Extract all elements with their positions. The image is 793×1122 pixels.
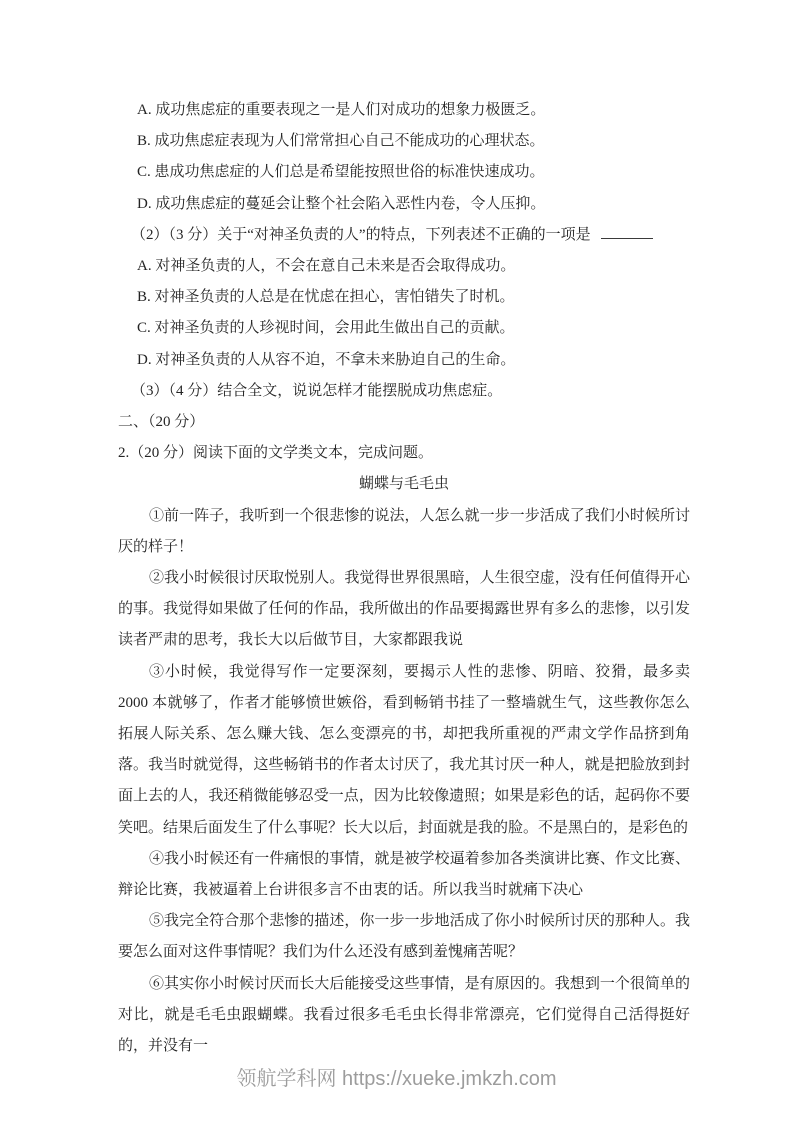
watermark-footer: 领航学科网 https://xueke.jmkzh.com xyxy=(0,1062,793,1091)
passage-paragraph-6: ⑥其实你小时候讨厌而长大后能接受这些事情，是有原因的。我想到一个很简单的对比，就… xyxy=(118,969,690,1063)
passage-paragraph-3: ③小时候，我觉得写作一定要深刻，要揭示人性的悲惨、阴暗、狡猾，最多卖 2000 … xyxy=(118,657,690,844)
q1-sub2-option-d: D. 对神圣负责的人从容不迫，不拿未来胁迫自己的生命。 xyxy=(118,345,690,376)
exam-page-content: A. 成功焦虑症的重要表现之一是人们对成功的想象力极匮乏。 B. 成功焦虑症表现… xyxy=(118,95,690,1062)
passage-paragraph-2: ②我小时候很讨厌取悦别人。我觉得世界很黑暗，人生很空虚，没有任何值得开心的事。我… xyxy=(118,563,690,657)
passage-paragraph-5: ⑤我完全符合那个悲惨的描述，你一步一步地活成了你小时候所讨厌的那种人。我要怎么面… xyxy=(118,906,690,968)
answer-blank-underline xyxy=(601,234,653,239)
q1-sub1-option-d: D. 成功焦虑症的蔓延会让整个社会陷入恶性内卷，令人压抑。 xyxy=(118,189,690,220)
q1-sub1-option-c: C. 患成功焦虑症的人们总是希望能按照世俗的标准快速成功。 xyxy=(118,157,690,188)
q1-sub3-prompt: （3）（4 分）结合全文，说说怎样才能摆脱成功焦虑症。 xyxy=(118,376,690,407)
section2-heading: 二、（20 分） xyxy=(118,407,690,438)
q1-sub2-option-b: B. 对神圣负责的人总是在忧虑在担心，害怕错失了时机。 xyxy=(118,282,690,313)
passage-paragraph-4: ④我小时候还有一件痛恨的事情，就是被学校逼着参加各类演讲比赛、作文比赛、辩论比赛… xyxy=(118,844,690,906)
passage-title: 蝴蝶与毛毛虫 xyxy=(118,469,690,500)
q1-sub2-prompt-text: （2）（3 分）关于“对神圣负责的人”的特点，下列表述不正确的一项是 xyxy=(131,227,591,243)
q1-sub2-option-c: C. 对神圣负责的人珍视时间，会用此生做出自己的贡献。 xyxy=(118,313,690,344)
q1-sub1-option-a: A. 成功焦虑症的重要表现之一是人们对成功的想象力极匮乏。 xyxy=(118,95,690,126)
q1-sub1-option-b: B. 成功焦虑症表现为人们常常担心自己不能成功的心理状态。 xyxy=(118,126,690,157)
question2-intro: 2.（20 分）阅读下面的文学类文本，完成问题。 xyxy=(118,438,690,469)
passage-paragraph-1: ①前一阵子，我听到一个很悲惨的说法，人怎么就一步一步活成了我们小时候所讨厌的样子… xyxy=(118,501,690,563)
q1-sub2-prompt: （2）（3 分）关于“对神圣负责的人”的特点，下列表述不正确的一项是 xyxy=(118,220,690,251)
q1-sub2-option-a: A. 对神圣负责的人，不会在意自己未来是否会取得成功。 xyxy=(118,251,690,282)
